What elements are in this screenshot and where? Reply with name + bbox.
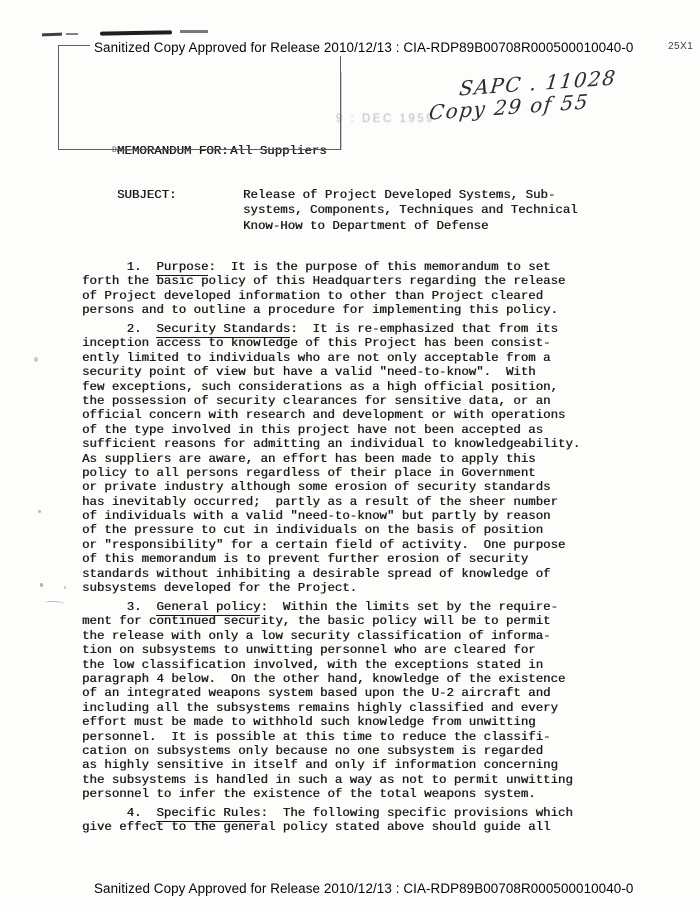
subject-line: Release of Project Developed Systems, Su… — [243, 188, 578, 203]
typewriter-overprint: DA — [112, 146, 122, 155]
typed-line: ently limited to individuals who are not… — [82, 351, 580, 365]
scan-speck — [38, 510, 41, 513]
paragraph-3: 3. General policy: Within the limits set… — [82, 600, 573, 801]
typed-line: including all the subsystems remains hig… — [82, 701, 573, 715]
classification-margin-code: 25X1 — [668, 41, 693, 52]
typed-line: inception access to knowledge of this Pr… — [82, 336, 580, 350]
scan-speck — [34, 357, 38, 362]
typed-line: 1. Purpose: It is the purpose of this me… — [82, 260, 565, 274]
typed-line: As suppliers are aware, an effort has be… — [82, 452, 580, 466]
fold-mark — [341, 72, 342, 150]
paragraph-heading: Security Standards — [156, 322, 290, 338]
typed-line: 3. General policy: Within the limits set… — [82, 600, 573, 614]
typed-line: effort must be made to withhold such kno… — [82, 715, 573, 729]
typed-line: the low classification involved, with th… — [82, 658, 573, 672]
typed-line: paragraph 4 below. On the other hand, kn… — [82, 672, 573, 686]
typed-line: personnel to infer the existence of the … — [82, 787, 573, 801]
scan-speck — [64, 586, 66, 589]
release-footer: Sanitized Copy Approved for Release 2010… — [94, 881, 633, 896]
paragraph-1: 1. Purpose: It is the purpose of this me… — [82, 260, 565, 318]
handwritten-copy-number: Copy 29 of 55 — [428, 88, 616, 125]
typed-line: 4. Specific Rules: The following specifi… — [82, 806, 573, 820]
typed-line: or private industry although some erosio… — [82, 480, 580, 494]
redaction-box — [58, 45, 341, 150]
typed-line: persons and to outline a procedure for i… — [82, 303, 565, 317]
typed-line: of an integrated weapons system based up… — [82, 686, 573, 700]
typed-line: of the pressure to cut in individuals on… — [82, 523, 580, 537]
typed-line: forth the basic policy of this Headquart… — [82, 274, 565, 288]
subject-line: systems, Components, Techniques and Tech… — [243, 203, 578, 218]
typed-line: tion on subsystems to unwitting personne… — [82, 643, 573, 657]
typed-line: the subsystems is handled in such a way … — [82, 773, 573, 787]
typed-line: policy to all persons regardless of thei… — [82, 466, 580, 480]
handwritten-note: SAPC . 11028 Copy 29 of 55 — [428, 65, 618, 124]
typed-line: 2. Security Standards: It is re-emphasiz… — [82, 322, 580, 336]
paragraph-4: 4. Specific Rules: The following specifi… — [82, 806, 573, 835]
typed-line: sufficient reasons for admitting an indi… — [82, 437, 580, 451]
paragraph-2: 2. Security Standards: It is re-emphasiz… — [82, 322, 580, 595]
release-header: Sanitized Copy Approved for Release 2010… — [90, 39, 637, 56]
typed-line: or "responsibility" for a certain field … — [82, 538, 580, 552]
typed-line: as highly sensitive in itself and only i… — [82, 758, 573, 772]
scan-smudge — [66, 33, 78, 35]
typed-line: ment for continued security, the basic p… — [82, 614, 573, 628]
typed-line: official concern with research and devel… — [82, 408, 580, 422]
paragraph-heading: Specific Rules — [156, 806, 260, 822]
subject-label: SUBJECT: — [117, 188, 177, 202]
typed-line: subsystems developed for the Project. — [82, 581, 580, 595]
scanned-memo-page: Sanitized Copy Approved for Release 2010… — [0, 0, 700, 906]
scan-smudge — [180, 30, 208, 33]
typed-line: standards without inhibiting a desirable… — [82, 567, 580, 581]
paragraph-heading: Purpose — [156, 260, 208, 276]
typed-line: has inevitably occurred; partly as a res… — [82, 495, 580, 509]
typed-line: few exceptions, such considerations as a… — [82, 380, 580, 394]
typed-line: cation on subsystems only because no one… — [82, 744, 573, 758]
typed-line: the possession of security clearances fo… — [82, 394, 580, 408]
typed-line: give effect to the general policy stated… — [82, 820, 573, 834]
typed-line: of Project developed information to othe… — [82, 289, 565, 303]
scan-speck — [40, 583, 43, 587]
scan-smudge — [100, 30, 172, 35]
typed-line: the release with only a low security cla… — [82, 629, 573, 643]
typed-line: of the type involved in this project hav… — [82, 423, 580, 437]
paragraph-heading: General policy — [156, 600, 260, 616]
faint-date-stamp: 9 : DEC 1959 — [336, 113, 435, 125]
typed-line: of individuals with a valid "need-to-kno… — [82, 509, 580, 523]
subject-line: Know-How to Department of Defense — [243, 219, 578, 234]
scan-smudge — [42, 33, 62, 37]
subject-lines: Release of Project Developed Systems, Su… — [243, 188, 578, 234]
typed-line: security point of view but have a valid … — [82, 365, 580, 379]
typed-line: of this memorandum is to prevent further… — [82, 552, 580, 566]
typed-line: personnel. It is possible at this time t… — [82, 730, 573, 744]
scan-squiggle — [45, 600, 65, 606]
